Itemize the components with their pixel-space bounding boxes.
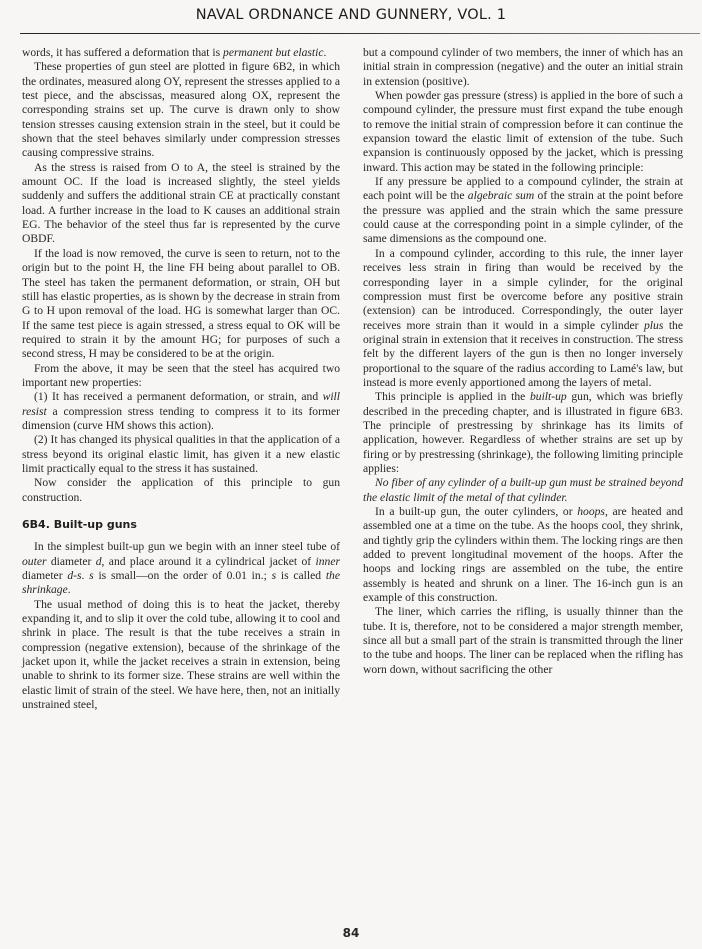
- emphasis: hoops: [577, 505, 605, 518]
- paragraph: The usual method of doing this is to hea…: [22, 598, 340, 713]
- paragraph: In the simplest built-up gun we begin wi…: [22, 540, 340, 597]
- text: .: [324, 46, 327, 59]
- paragraph: As the stress is raised from O to A, the…: [22, 161, 340, 247]
- paragraph: (1) It has received a permanent deformat…: [22, 390, 340, 433]
- page-number: 84: [0, 926, 702, 940]
- paragraph: Now consider the application of this pri…: [22, 476, 340, 505]
- paragraph: In a built-up gun, the outer cylinders, …: [363, 505, 683, 605]
- text: is called: [276, 569, 326, 582]
- paragraph: but a compound cylinder of two members, …: [363, 46, 683, 89]
- paragraph: When powder gas pressure (stress) is app…: [363, 89, 683, 175]
- text: (1) It has received a permanent deformat…: [34, 390, 323, 403]
- text: This principle is applied in the: [375, 390, 530, 403]
- paragraph: These properties of gun steel are plotte…: [22, 60, 340, 160]
- emphasis: permanent but elastic: [223, 46, 323, 59]
- text: words, it has suffered a deformation tha…: [22, 46, 223, 59]
- running-head: NAVAL ORDNANCE AND GUNNERY, VOL. 1: [0, 7, 702, 23]
- principle-statement: No fiber of any cylinder of a built-up g…: [363, 476, 683, 505]
- text: In the simplest built-up gun we begin wi…: [34, 540, 340, 553]
- emphasis: outer: [22, 555, 46, 568]
- text: In a compound cylinder, according to thi…: [363, 247, 683, 332]
- emphasis: inner: [316, 555, 340, 568]
- paragraph: If the load is now removed, the curve is…: [22, 247, 340, 362]
- paragraph: If any pressure be applied to a compound…: [363, 175, 683, 247]
- document-page: NAVAL ORDNANCE AND GUNNERY, VOL. 1 words…: [0, 0, 702, 949]
- text: .: [68, 583, 71, 596]
- paragraph: This principle is applied in the built-u…: [363, 390, 683, 476]
- header-rule: [20, 33, 700, 34]
- text: , and place around it a cylindrical jack…: [102, 555, 316, 568]
- emphasis: plus: [644, 319, 663, 332]
- right-column: but a compound cylinder of two members, …: [363, 46, 683, 677]
- paragraph: In a compound cylinder, according to thi…: [363, 247, 683, 390]
- text: In a built-up gun, the outer cylinders, …: [375, 505, 577, 518]
- paragraph: The liner, which carries the rifling, is…: [363, 605, 683, 677]
- left-column: words, it has suffered a deformation tha…: [22, 46, 340, 712]
- text: , are heated and assembled one at a time…: [363, 505, 683, 604]
- paragraph: From the above, it may be seen that the …: [22, 362, 340, 391]
- paragraph: (2) It has changed its physical qualitie…: [22, 433, 340, 476]
- text: diameter: [22, 569, 67, 582]
- text: is small—on the order of 0.01 in.;: [94, 569, 272, 582]
- emphasis: d-s: [67, 569, 81, 582]
- emphasis: built-up: [530, 390, 567, 403]
- text: a compression stress tending to compress…: [22, 405, 340, 432]
- text: diameter: [46, 555, 95, 568]
- emphasis: algebraic sum: [468, 189, 534, 202]
- section-heading: 6B4. Built-up guns: [22, 518, 340, 532]
- paragraph: words, it has suffered a deformation tha…: [22, 46, 340, 60]
